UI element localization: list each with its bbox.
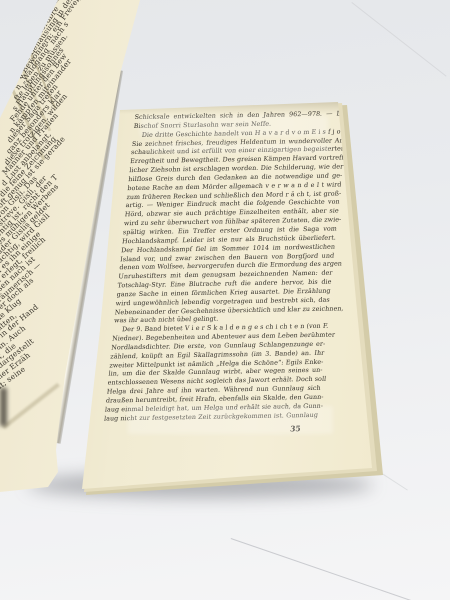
right-page-text: Schicksale entwickelten sich in den Jahr…	[102, 110, 349, 436]
surface-scratch	[231, 538, 413, 600]
book-photo: Schicksale entwickelten sich in den Jahr…	[0, 0, 450, 600]
glare-highlight	[150, 143, 330, 152]
glare-highlight	[140, 116, 328, 136]
ghost-text-blur	[2, 383, 60, 429]
glare-highlight	[128, 406, 333, 434]
page-lift-shadow	[0, 388, 7, 426]
surface-scratch	[351, 2, 446, 77]
